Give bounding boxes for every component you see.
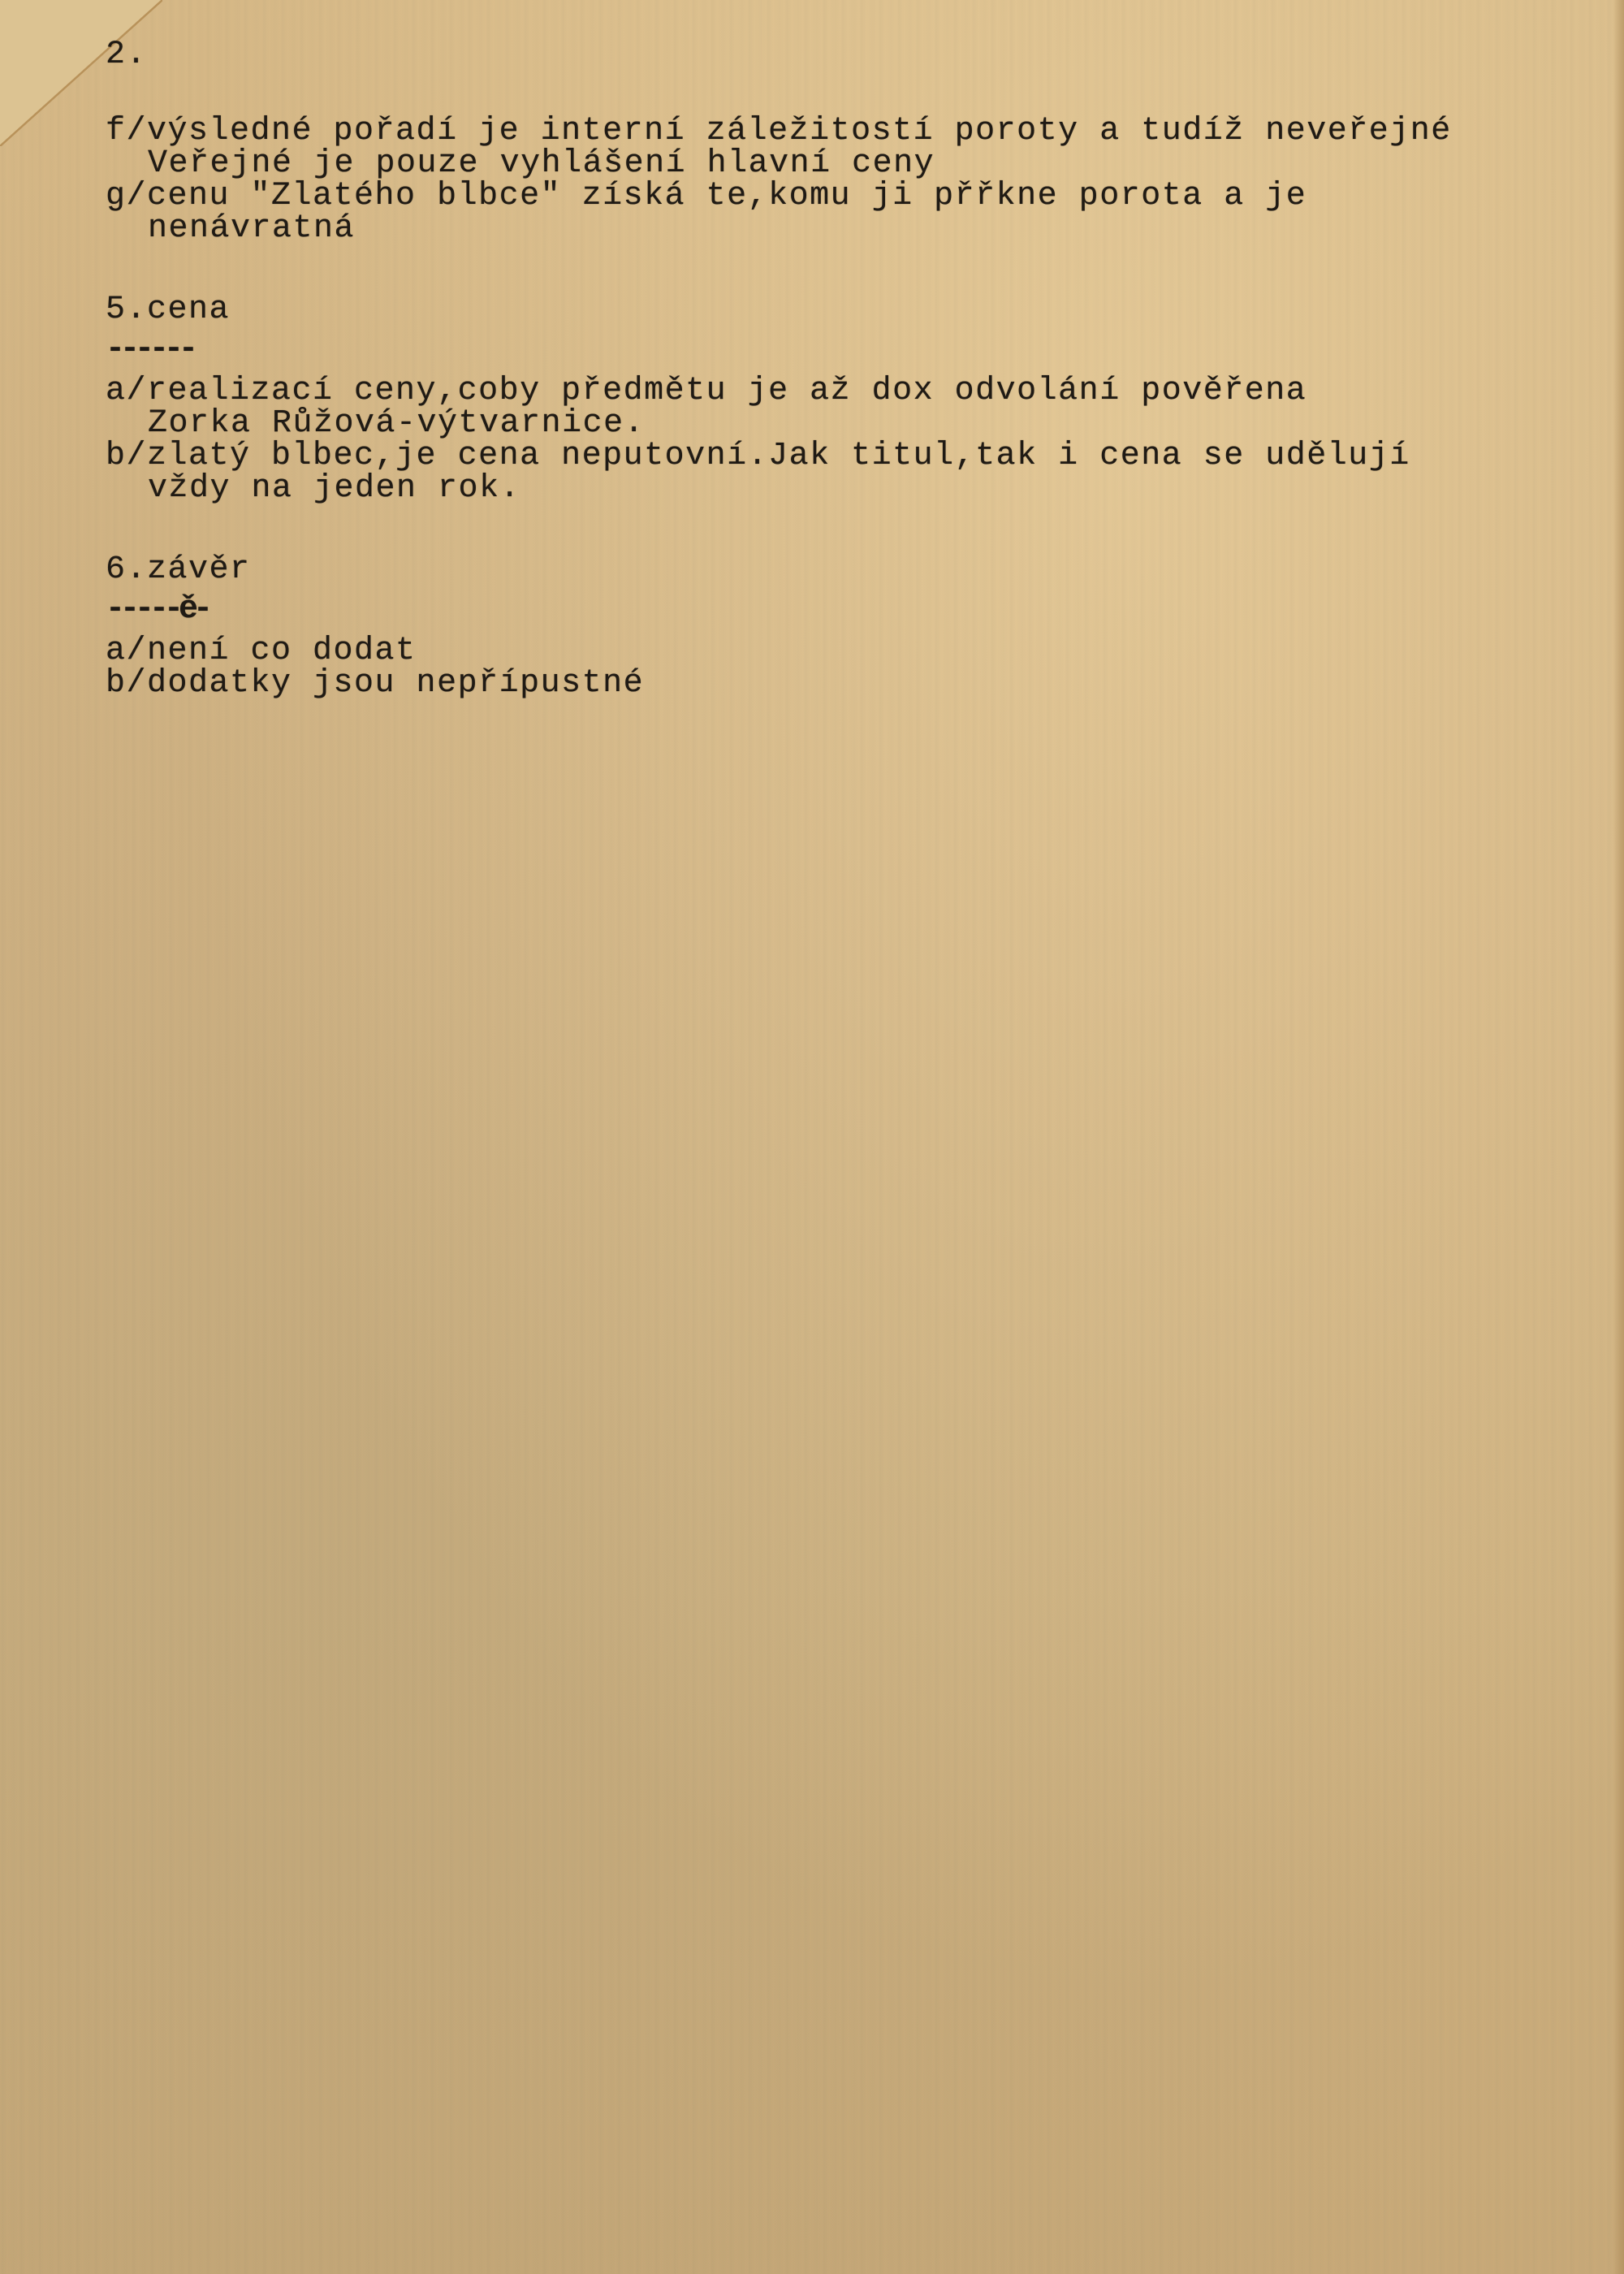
section-heading-zaver: 6.závěr	[106, 554, 251, 586]
cena-item-a-line2: Zorka Růžová-výtvarnice.	[148, 408, 645, 440]
cena-item-b-line2: vždy na jeden rok.	[148, 473, 520, 505]
zaver-item-b: b/dodatky jsou nepřípustné	[106, 668, 644, 700]
paper-edge-shadow	[1613, 0, 1624, 2274]
cena-item-b-line1: b/zlatý blbec,je cena neputovní.Jak titu…	[106, 440, 1410, 473]
section-rule-zaver: -----ě-	[106, 591, 208, 628]
paper-background	[0, 0, 1624, 2274]
item-g-line2: nenávratná	[148, 213, 355, 245]
item-g-line1: g/cenu "Zlatého blbce" získá te,komu ji …	[106, 180, 1307, 213]
item-f-line1: f/výsledné pořadí je interní záležitostí…	[106, 115, 1452, 148]
page-number: 2.	[106, 39, 147, 71]
zaver-item-a: a/není co dodat	[106, 635, 417, 668]
cena-item-a-line1: a/realizací ceny,coby předmětu je až dox…	[106, 375, 1307, 408]
item-f-line2: Veřejné je pouze vyhlášení hlavní ceny	[148, 148, 935, 180]
section-rule-cena: ------	[106, 331, 193, 368]
section-heading-cena: 5.cena	[106, 294, 230, 326]
